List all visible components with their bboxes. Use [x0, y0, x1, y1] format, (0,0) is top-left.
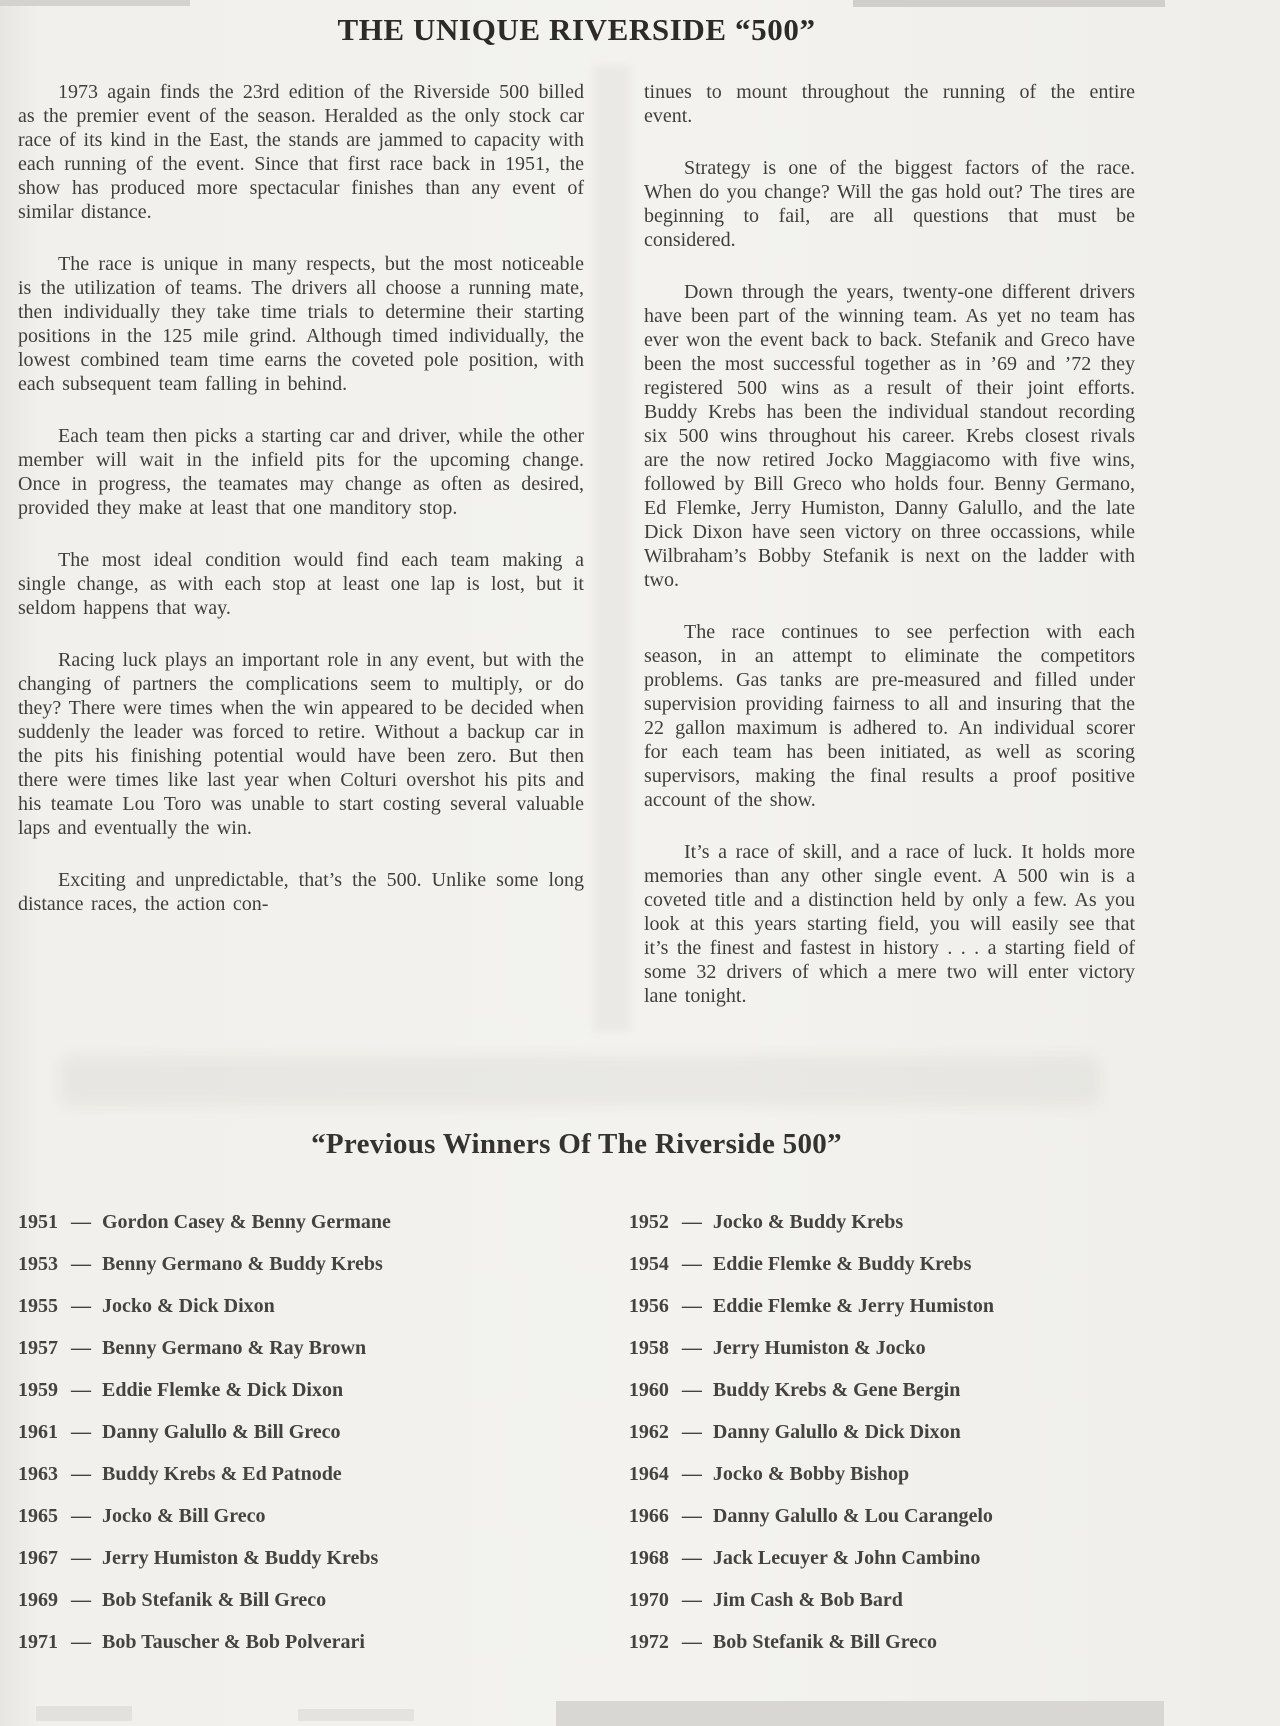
- winners-right-column: 1952—Jocko & Buddy Krebs 1954—Eddie Flem…: [629, 1211, 1135, 1673]
- winner-year: 1954: [629, 1253, 675, 1275]
- winner-year: 1972: [629, 1631, 675, 1653]
- winner-dash: —: [71, 1295, 91, 1317]
- paragraph: Exciting and unpredictable, that’s the 5…: [18, 868, 584, 916]
- winner-year: 1957: [18, 1337, 64, 1359]
- paragraph: Racing luck plays an important role in a…: [18, 648, 584, 840]
- winner-dash: —: [71, 1379, 91, 1401]
- winner-row: 1960—Buddy Krebs & Gene Bergin: [629, 1379, 1135, 1401]
- scan-artifact-bleedthrough: [60, 1056, 1100, 1106]
- winner-row: 1954—Eddie Flemke & Buddy Krebs: [629, 1253, 1135, 1275]
- winner-team: Buddy Krebs & Gene Bergin: [713, 1379, 960, 1401]
- winner-dash: —: [682, 1631, 702, 1653]
- winner-dash: —: [682, 1505, 702, 1527]
- winner-team: Bob Stefanik & Bill Greco: [713, 1631, 937, 1653]
- winner-dash: —: [682, 1463, 702, 1485]
- winner-team: Jerry Humiston & Buddy Krebs: [102, 1547, 378, 1569]
- winner-row: 1959—Eddie Flemke & Dick Dixon: [18, 1379, 569, 1401]
- winner-dash: —: [71, 1211, 91, 1233]
- winners-heading: “Previous Winners Of The Riverside 500”: [18, 1128, 1135, 1161]
- winner-dash: —: [71, 1337, 91, 1359]
- winner-team: Eddie Flemke & Dick Dixon: [102, 1379, 343, 1401]
- winner-team: Jocko & Bobby Bishop: [713, 1463, 909, 1485]
- scan-artifact-bottom-bar: [556, 1701, 1164, 1726]
- winner-team: Danny Galullo & Bill Greco: [102, 1421, 341, 1443]
- winner-team: Bob Tauscher & Bob Polverari: [102, 1631, 365, 1653]
- winner-team: Bob Stefanik & Bill Greco: [102, 1589, 326, 1611]
- winner-dash: —: [682, 1589, 702, 1611]
- winner-row: 1965—Jocko & Bill Greco: [18, 1505, 569, 1527]
- winner-team: Danny Galullo & Dick Dixon: [713, 1421, 961, 1443]
- winner-dash: —: [682, 1253, 702, 1275]
- winner-dash: —: [682, 1295, 702, 1317]
- winner-year: 1955: [18, 1295, 64, 1317]
- paragraph: The race continues to see perfection wit…: [644, 620, 1135, 812]
- winner-team: Benny Germano & Buddy Krebs: [102, 1253, 383, 1275]
- winner-year: 1964: [629, 1463, 675, 1485]
- winner-dash: —: [71, 1589, 91, 1611]
- paragraph: Strategy is one of the biggest factors o…: [644, 156, 1135, 252]
- winner-year: 1958: [629, 1337, 675, 1359]
- paragraph: Each team then picks a starting car and …: [18, 424, 584, 520]
- winner-year: 1970: [629, 1589, 675, 1611]
- winner-row: 1968—Jack Lecuyer & John Cambino: [629, 1547, 1135, 1569]
- article-right-column: tinues to mount throughout the running o…: [644, 80, 1135, 1036]
- winner-team: Gordon Casey & Benny Germane: [102, 1211, 391, 1233]
- winner-year: 1956: [629, 1295, 675, 1317]
- winner-year: 1969: [18, 1589, 64, 1611]
- winner-dash: —: [682, 1547, 702, 1569]
- winner-row: 1952—Jocko & Buddy Krebs: [629, 1211, 1135, 1233]
- paragraph: tinues to mount throughout the running o…: [644, 80, 1135, 128]
- winner-year: 1960: [629, 1379, 675, 1401]
- winner-row: 1971—Bob Tauscher & Bob Polverari: [18, 1631, 569, 1653]
- winner-team: Eddie Flemke & Buddy Krebs: [713, 1253, 972, 1275]
- winner-team: Jocko & Bill Greco: [102, 1505, 266, 1527]
- scan-artifact-bottom-smudge: [298, 1709, 414, 1721]
- scan-artifact-bottom-smudge: [36, 1706, 132, 1721]
- winner-row: 1972—Bob Stefanik & Bill Greco: [629, 1631, 1135, 1653]
- winner-year: 1971: [18, 1631, 64, 1653]
- paragraph: It’s a race of skill, and a race of luck…: [644, 840, 1135, 1008]
- winner-team: Jocko & Buddy Krebs: [713, 1211, 903, 1233]
- winner-row: 1967—Jerry Humiston & Buddy Krebs: [18, 1547, 569, 1569]
- winner-dash: —: [682, 1337, 702, 1359]
- winner-dash: —: [71, 1253, 91, 1275]
- paragraph: Down through the years, twenty-one diffe…: [644, 280, 1135, 592]
- winner-dash: —: [682, 1379, 702, 1401]
- winner-row: 1962—Danny Galullo & Dick Dixon: [629, 1421, 1135, 1443]
- winner-year: 1967: [18, 1547, 64, 1569]
- winner-team: Danny Galullo & Lou Carangelo: [713, 1505, 993, 1527]
- winner-row: 1964—Jocko & Bobby Bishop: [629, 1463, 1135, 1485]
- winner-row: 1961—Danny Galullo & Bill Greco: [18, 1421, 569, 1443]
- winner-dash: —: [682, 1421, 702, 1443]
- winner-dash: —: [682, 1211, 702, 1233]
- winner-year: 1951: [18, 1211, 64, 1233]
- winner-dash: —: [71, 1463, 91, 1485]
- winner-team: Benny Germano & Ray Brown: [102, 1337, 366, 1359]
- winner-year: 1959: [18, 1379, 64, 1401]
- winner-dash: —: [71, 1631, 91, 1653]
- winner-team: Buddy Krebs & Ed Patnode: [102, 1463, 342, 1485]
- winner-year: 1966: [629, 1505, 675, 1527]
- winner-year: 1962: [629, 1421, 675, 1443]
- paragraph: The race is unique in many respects, but…: [18, 252, 584, 396]
- paragraph: 1973 again finds the 23rd edition of the…: [18, 80, 584, 224]
- winner-team: Jocko & Dick Dixon: [102, 1295, 275, 1317]
- winner-row: 1966—Danny Galullo & Lou Carangelo: [629, 1505, 1135, 1527]
- article-left-column: 1973 again finds the 23rd edition of the…: [18, 80, 584, 1036]
- winner-team: Jerry Humiston & Jocko: [713, 1337, 926, 1359]
- winners-left-column: 1951—Gordon Casey & Benny Germane 1953—B…: [18, 1211, 569, 1673]
- winner-team: Jack Lecuyer & John Cambino: [713, 1547, 980, 1569]
- winner-dash: —: [71, 1421, 91, 1443]
- winner-year: 1952: [629, 1211, 675, 1233]
- winner-row: 1963—Buddy Krebs & Ed Patnode: [18, 1463, 569, 1485]
- article-columns: 1973 again finds the 23rd edition of the…: [18, 80, 1135, 1036]
- scanned-page: THE UNIQUE RIVERSIDE “500” 1973 again fi…: [0, 0, 1280, 1726]
- winner-row: 1958—Jerry Humiston & Jocko: [629, 1337, 1135, 1359]
- paragraph: The most ideal condition would find each…: [18, 548, 584, 620]
- previous-winners-section: “Previous Winners Of The Riverside 500” …: [18, 1128, 1135, 1673]
- winner-row: 1957—Benny Germano & Ray Brown: [18, 1337, 569, 1359]
- winner-row: 1953—Benny Germano & Buddy Krebs: [18, 1253, 569, 1275]
- winner-year: 1965: [18, 1505, 64, 1527]
- winner-team: Eddie Flemke & Jerry Humiston: [713, 1295, 994, 1317]
- winner-dash: —: [71, 1547, 91, 1569]
- page-title: THE UNIQUE RIVERSIDE “500”: [18, 0, 1135, 48]
- winner-year: 1963: [18, 1463, 64, 1485]
- winner-row: 1969—Bob Stefanik & Bill Greco: [18, 1589, 569, 1611]
- winner-dash: —: [71, 1505, 91, 1527]
- article-content: THE UNIQUE RIVERSIDE “500” 1973 again fi…: [18, 0, 1135, 1036]
- winner-year: 1961: [18, 1421, 64, 1443]
- winner-team: Jim Cash & Bob Bard: [713, 1589, 903, 1611]
- winner-row: 1951—Gordon Casey & Benny Germane: [18, 1211, 569, 1233]
- winner-row: 1970—Jim Cash & Bob Bard: [629, 1589, 1135, 1611]
- winner-year: 1968: [629, 1547, 675, 1569]
- winner-row: 1956—Eddie Flemke & Jerry Humiston: [629, 1295, 1135, 1317]
- winner-year: 1953: [18, 1253, 64, 1275]
- winner-row: 1955—Jocko & Dick Dixon: [18, 1295, 569, 1317]
- winners-columns: 1951—Gordon Casey & Benny Germane 1953—B…: [18, 1211, 1135, 1673]
